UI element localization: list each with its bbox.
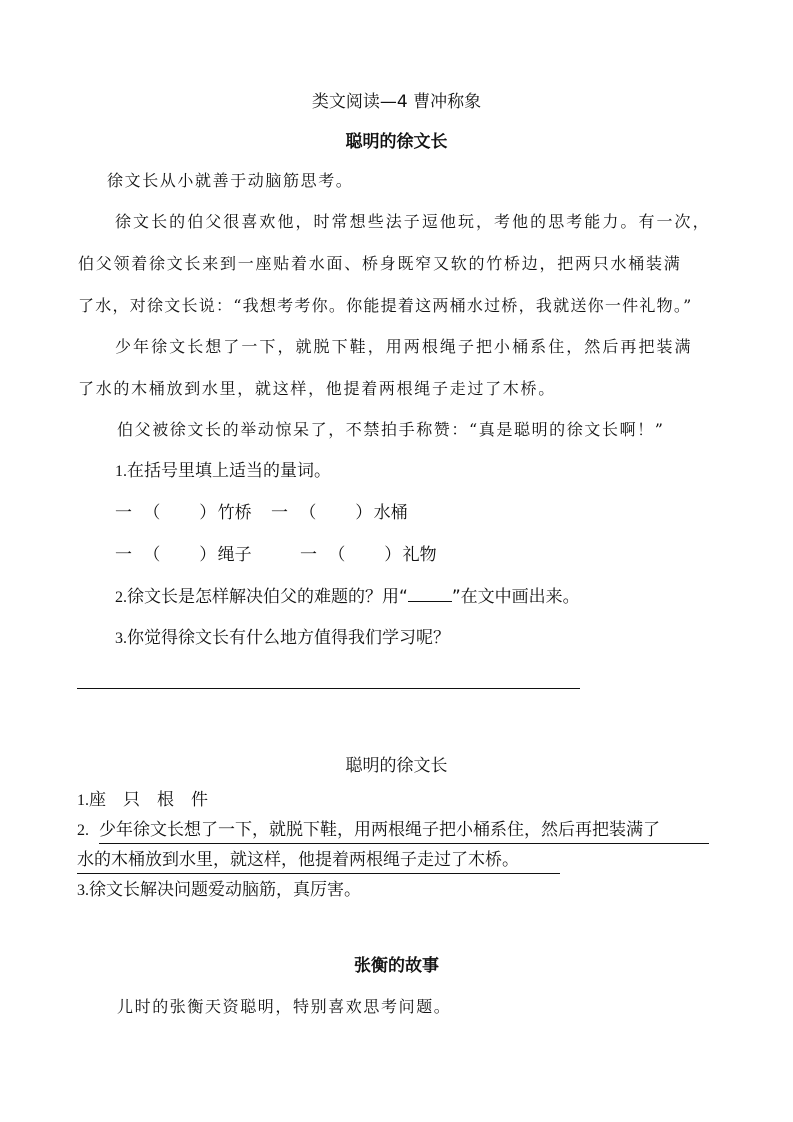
story-paragraph: 徐文长从小就善于动脑筋思考。 <box>107 171 353 191</box>
question-3: 3.你觉得徐文长有什么地方值得我们学习呢？ <box>115 628 450 649</box>
story-paragraph: 伯父被徐文长的举动惊呆了，不禁拍手称赞：“真是聪明的徐文长啊！” <box>117 420 665 440</box>
fill-in-item: 一 （ ） 水桶 <box>271 503 408 523</box>
answer-text-underlined: 水的木桶放到水里，就这样，他提着两根绳子走过了木桥。 <box>77 850 560 874</box>
story-paragraph-continued: 了水，对徐文长说：“我想考考你。你能提着这两桶水过桥，我就送你一件礼物。” <box>78 296 693 316</box>
close-bracket: ） <box>355 503 372 523</box>
fill-noun: 礼物 <box>403 545 437 565</box>
answer-3: 3.徐文长解决问题爱动脑筋，真厉害。 <box>77 880 361 901</box>
close-bracket: ） <box>199 503 216 523</box>
question-1: 1.在括号里填上适当的量词。 <box>115 461 331 482</box>
story2-paragraph: 儿时的张衡天资聪明，特别喜欢思考问题。 <box>117 997 451 1017</box>
close-bracket: ） <box>384 545 401 565</box>
question-number: 3. <box>115 630 127 647</box>
fill-noun: 水桶 <box>374 503 408 523</box>
fill-prefix: 一 <box>300 545 317 565</box>
question-number: 2. <box>115 589 127 606</box>
question-text: 你觉得徐文长有什么地方值得我们学习呢？ <box>127 628 450 648</box>
question-text: 徐文长是怎样解决伯父的难题的？用“ <box>127 587 408 607</box>
answer-writing-line[interactable] <box>77 688 580 689</box>
fill-noun: 竹桥 <box>218 503 252 523</box>
question-text: 在括号里填上适当的量词。 <box>127 461 331 481</box>
answer-text-underlined: 少年徐文长想了一下，就脱下鞋，用两根绳子把小桶系住，然后再把装满了 <box>99 820 709 844</box>
answer-2: 2.少年徐文长想了一下，就脱下鞋，用两根绳子把小桶系住，然后再把装满了 <box>77 820 709 844</box>
open-bracket: （ <box>143 545 160 565</box>
page-heading: 类文阅读—4 曹冲称象 <box>0 87 793 112</box>
question-number: 1. <box>115 463 127 480</box>
story2-title: 张衡的故事 <box>0 951 793 976</box>
fill-in-item: 一 （ ） 绳子 <box>115 545 252 565</box>
story-paragraph-continued: 伯父领着徐文长来到一座贴着水面、桥身既窄又软的竹桥边，把两只水桶装满 <box>78 254 682 274</box>
story-paragraph-continued: 了水的木桶放到水里，就这样，他提着两根绳子走过了木桥。 <box>78 379 556 399</box>
answer-number: 1. <box>77 792 89 809</box>
close-bracket: ） <box>199 545 216 565</box>
open-bracket: （ <box>143 503 160 523</box>
underline-mark-sample <box>408 587 452 602</box>
question-2: 2.徐文长是怎样解决伯父的难题的？用“”在文中画出来。 <box>115 587 580 608</box>
open-bracket: （ <box>328 545 345 565</box>
fill-in-item: 一 （ ） 礼物 <box>300 545 437 565</box>
fill-prefix: 一 <box>115 503 132 523</box>
question-text: ”在文中画出来。 <box>452 587 580 607</box>
answer-1: 1.座 只 根 件 <box>77 790 208 811</box>
story-paragraph: 少年徐文长想了一下，就脱下鞋，用两根绳子把小桶系住，然后再把装满 <box>115 337 693 357</box>
answer-text: 徐文长解决问题爱动脑筋，真厉害。 <box>89 880 361 900</box>
fill-prefix: 一 <box>271 503 288 523</box>
story-title: 聪明的徐文长 <box>0 127 793 152</box>
answer-number: 3. <box>77 882 89 899</box>
fill-noun: 绳子 <box>218 545 252 565</box>
story-paragraph: 徐文长的伯父很喜欢他，时常想些法子逗他玩，考他的思考能力。有一次， <box>115 212 711 232</box>
fill-in-item: 一 （ ） 竹桥 <box>115 503 252 523</box>
answer-text: 座 只 根 件 <box>89 790 208 810</box>
fill-prefix: 一 <box>115 545 132 565</box>
answer-number: 2. <box>77 822 89 839</box>
open-bracket: （ <box>299 503 316 523</box>
answer-2-continued: 水的木桶放到水里，就这样，他提着两根绳子走过了木桥。 <box>77 850 560 874</box>
answer-key-title: 聪明的徐文长 <box>0 751 793 776</box>
